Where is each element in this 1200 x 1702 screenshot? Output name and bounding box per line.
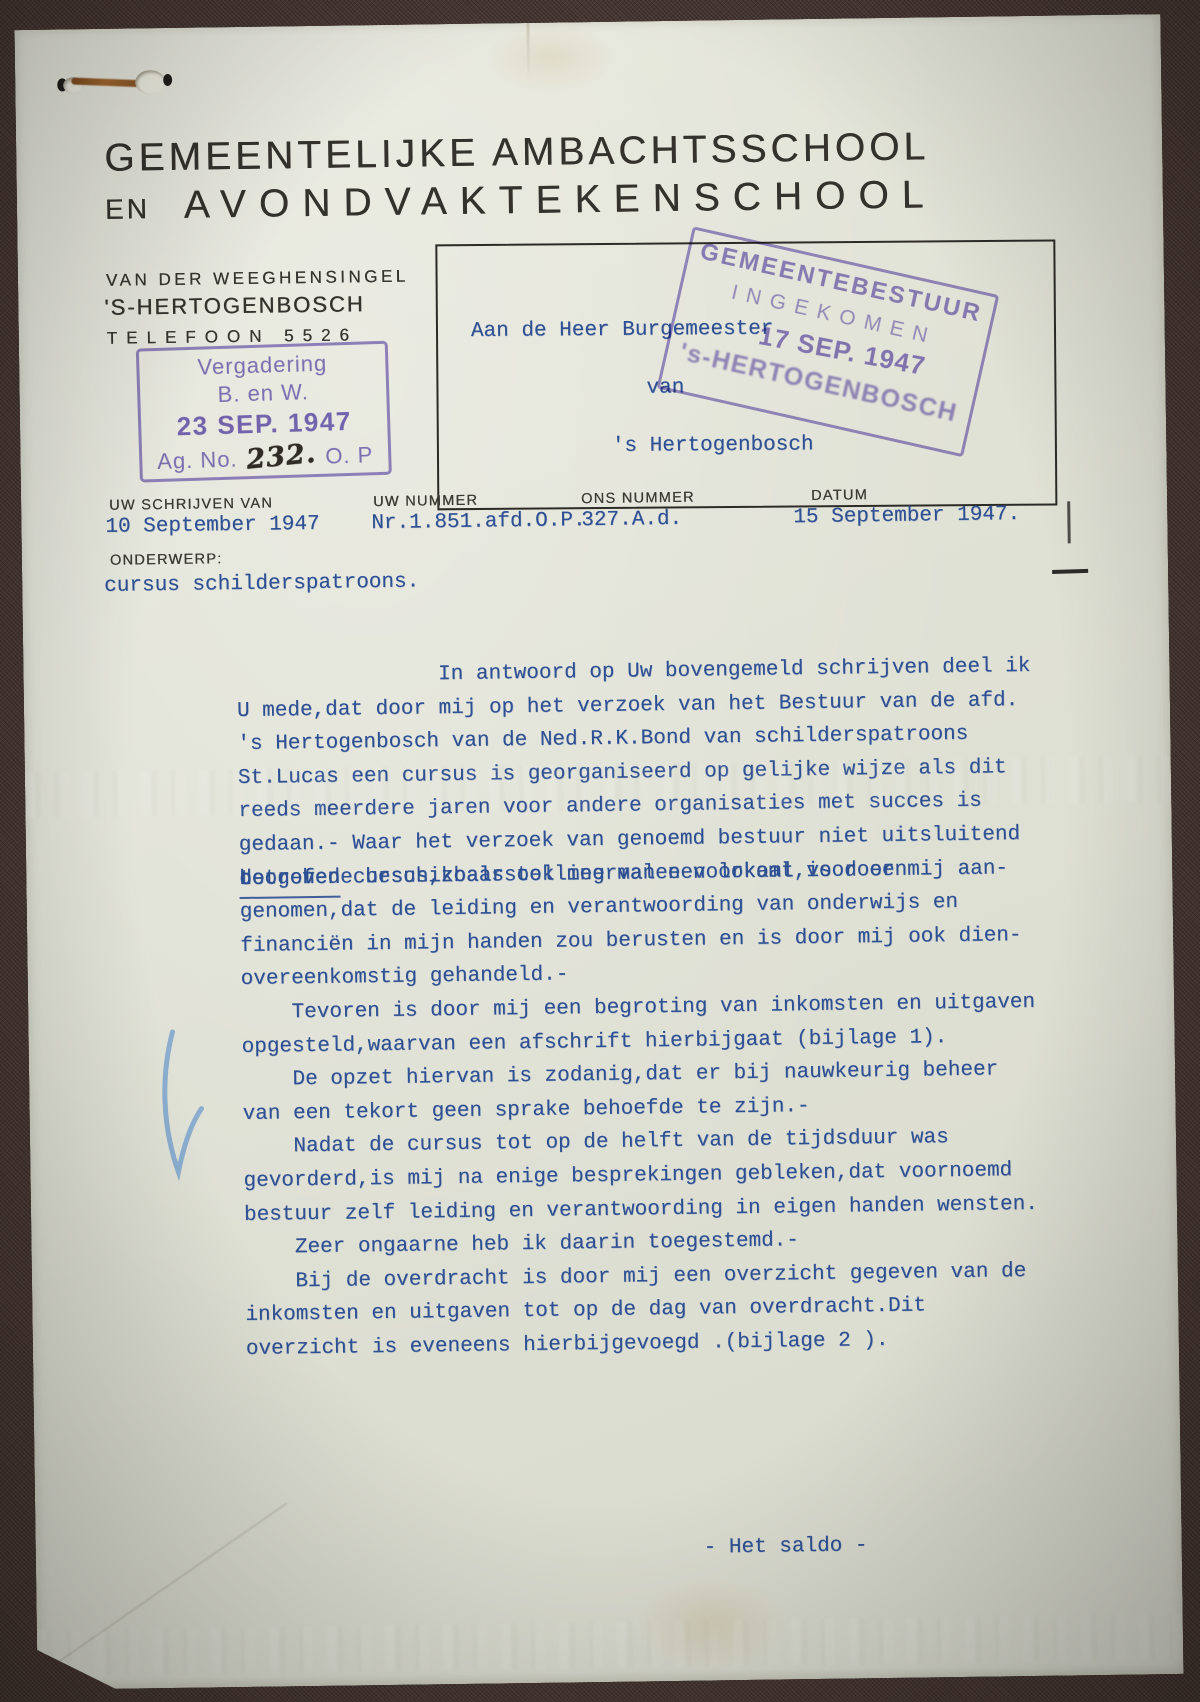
ref-label-ons-nummer: ONS NUMMER (581, 490, 695, 508)
letterhead-title-prefix: EN (105, 193, 150, 226)
blue-pencil-checkmark (136, 1025, 228, 1186)
photo-backdrop: { "letterhead": { "title_line1": "GEMEEN… (0, 0, 1200, 1702)
subject-value: cursus schilderspatroons. (104, 570, 419, 597)
edge-vertical-mark (1067, 501, 1070, 543)
agenda-prefix: Ag. No. (157, 446, 238, 475)
letterhead-street: VAN DER WEEGHENSINGEL (106, 267, 409, 291)
ref-value-datum: 15 September 1947. (793, 503, 1020, 529)
meeting-stamp: Vergadering B. en W. 23 SEP. 1947 Ag. No… (136, 341, 392, 483)
letterhead-city: 'S-HERTOGENBOSCH (104, 291, 365, 321)
ref-value-uw-nummer: Nr.1.851.afd.O.P. (371, 509, 586, 535)
ref-value-ons-nummer: 327.A.d. (581, 508, 682, 532)
agenda-number-handwritten: 232. (245, 438, 318, 476)
letterhead-title-line2: EN AVONDVAKTEKENSCHOOL (105, 173, 937, 229)
agenda-suffix: O. P (325, 442, 374, 469)
ref-label-uw-schrijven: UW SCHRIJVEN VAN (109, 496, 273, 514)
subject-label: ONDERWERP: (110, 551, 223, 569)
ref-label-uw-nummer: UW NUMMER (373, 493, 478, 510)
recipient-line3: 's Hertogenbosch (612, 433, 814, 458)
edge-dash-mark (1052, 569, 1088, 574)
ref-label-datum: DATUM (811, 487, 868, 504)
letterhead-title-line1: GEMEENTELIJKE AMBACHTSSCHOOL (104, 125, 930, 181)
paper-hole (135, 70, 165, 94)
ref-value-uw-schrijven: 10 September 1947 (105, 513, 320, 539)
letter-document: GEMEENTELIJKE AMBACHTSSCHOOL EN AVONDVAK… (14, 14, 1183, 1690)
embossed-archive-stamp (37, 1614, 1184, 1676)
meeting-stamp-date: 23 SEP. 1947 (141, 405, 388, 444)
closing-line: - Het saldo - (704, 1534, 868, 1559)
letterhead-title-main: AVONDVAKTEKENSCHOOL (184, 173, 937, 228)
staple-hole-mark (57, 64, 188, 106)
ink-speck (163, 74, 172, 86)
body-text: In antwoord op Uw bovengemeld schrijven … (236, 649, 1126, 1367)
paper-stain (484, 22, 615, 94)
meeting-stamp-agenda: Ag. No. 232. O. P (142, 438, 389, 477)
